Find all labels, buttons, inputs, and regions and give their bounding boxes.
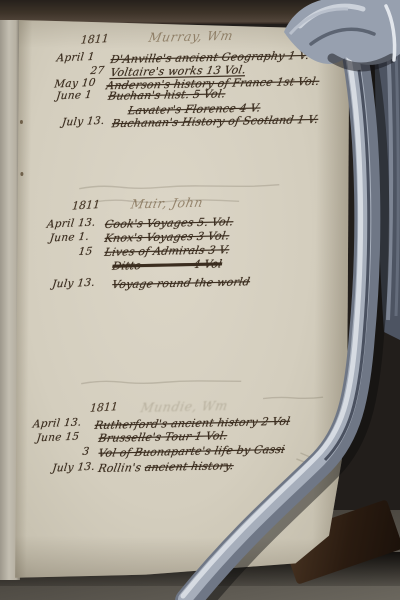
entry-text: Vol of Buonaparte's life by Cassi xyxy=(97,443,286,460)
book-top-edge xyxy=(0,0,400,24)
ink-spot xyxy=(20,120,23,124)
ink-spot xyxy=(20,172,23,176)
ledger-section-2: 1811 Muir, John April 13. Cook's Voyages… xyxy=(17,198,349,201)
entry-date: July 13. xyxy=(61,115,105,129)
entry-date: 15 xyxy=(78,245,93,258)
borrower-name: Murray, Wm xyxy=(147,28,234,45)
entry-text: Knox's Voyages 3 Vol. xyxy=(104,229,231,245)
entry-text: Voyage round the world xyxy=(111,275,251,291)
entry-date: June 1. xyxy=(49,231,90,245)
ribbon-far-edge xyxy=(374,16,400,340)
entry-text: Rollin's ancient history. xyxy=(97,459,235,475)
entry-text: Buchan's hist. 5 Vol. xyxy=(107,87,226,103)
year-label: 1811 xyxy=(72,198,101,213)
entry-text-unstruck: Rollin's xyxy=(97,461,146,475)
entry-date: April 1 xyxy=(56,51,96,65)
entry-text: Lives of Admirals 3 V. xyxy=(103,243,230,259)
entry-date: July 13. xyxy=(52,461,96,475)
ledger-photo-scene: 1811 Murray, Wm April 1 D'Anville's anci… xyxy=(0,0,400,600)
entry-date: July 13. xyxy=(52,277,96,291)
year-label: 1811 xyxy=(89,400,118,415)
entry-date: 27 xyxy=(90,64,105,77)
entry-text: Ditto ———— 4 Vol xyxy=(111,257,223,272)
ledger-page: 1811 Murray, Wm April 1 D'Anville's anci… xyxy=(13,20,351,583)
entry-date: June 15 xyxy=(36,431,80,445)
borrower-name: Muir, John xyxy=(130,195,205,212)
entry-text: Brusselle's Tour 1 Vol. xyxy=(98,429,229,445)
entry-date: June 1 xyxy=(56,89,93,103)
entry-date: April 13. xyxy=(46,217,96,231)
entry-text-struck: ancient history. xyxy=(144,459,235,474)
year-label: 1811 xyxy=(80,32,109,47)
borrower-name: Mundie, Wm xyxy=(140,398,230,415)
ledger-section-1: 1811 Murray, Wm April 1 D'Anville's anci… xyxy=(19,32,351,35)
entry-date: April 13. xyxy=(32,416,82,430)
ledger-section-3: 1811 Mundie, Wm April 13. Rutherford's a… xyxy=(15,400,347,403)
entry-date: 3 xyxy=(82,446,90,458)
